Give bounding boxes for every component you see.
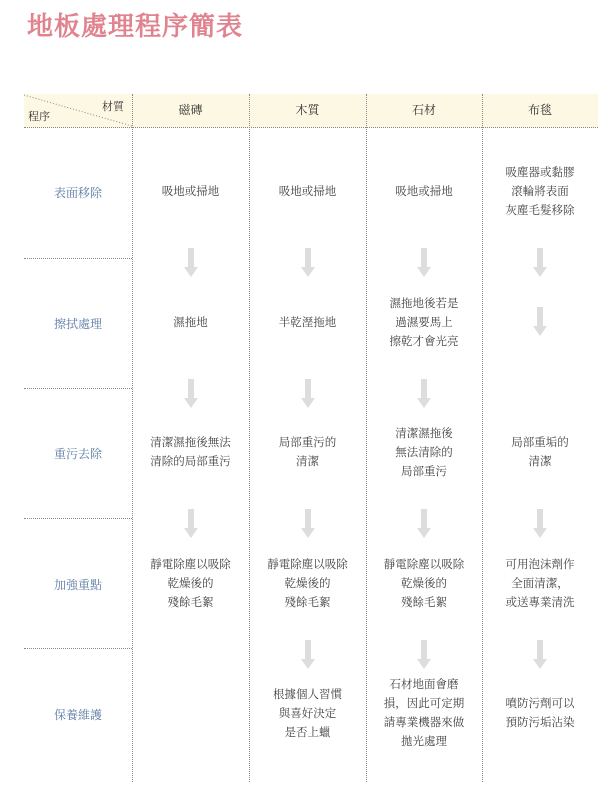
cell-tile-step-2: 濕拖地 bbox=[132, 313, 249, 332]
down-arrow-icon bbox=[417, 248, 431, 278]
process-axis-label: 程序 bbox=[28, 108, 50, 124]
row-divider bbox=[24, 388, 132, 389]
row-divider bbox=[24, 518, 132, 519]
cell-tile-step-1: 吸地或掃地 bbox=[132, 182, 249, 201]
down-arrow-icon bbox=[301, 509, 315, 539]
table-header: 材質 程序 磁磚 木質 石材 布毯 bbox=[24, 94, 598, 128]
down-arrow-icon bbox=[184, 509, 198, 539]
cell-wood-step-5: 根據個人習慣 與喜好決定 是否上蠟 bbox=[249, 685, 366, 742]
step-wiping: 擦拭處理 bbox=[24, 315, 132, 332]
cell-wood-step-4: 靜電除塵以吸除 乾燥後的 殘餘毛絮 bbox=[249, 555, 366, 612]
cell-tile-step-4: 靜電除塵以吸除 乾燥後的 殘餘毛絮 bbox=[132, 555, 249, 612]
down-arrow-icon bbox=[184, 379, 198, 409]
step-surface-removal: 表面移除 bbox=[24, 184, 132, 201]
header-stone: 石材 bbox=[366, 94, 482, 127]
cell-stone-step-4: 靜電除塵以吸除 乾燥後的 殘餘毛絮 bbox=[366, 555, 482, 612]
page-title: 地板處理程序簡表 bbox=[27, 6, 243, 43]
down-arrow-icon bbox=[533, 509, 547, 539]
down-arrow-icon bbox=[533, 640, 547, 670]
cell-wood-step-2: 半乾溼拖地 bbox=[249, 313, 366, 332]
down-arrow-icon bbox=[417, 379, 431, 409]
material-axis-label: 材質 bbox=[102, 98, 124, 114]
down-arrow-icon bbox=[417, 640, 431, 670]
header-wood: 木質 bbox=[249, 94, 366, 127]
cell-carpet-step-3: 局部重垢的 清潔 bbox=[482, 433, 598, 471]
down-arrow-icon bbox=[184, 248, 198, 278]
down-arrow-icon bbox=[533, 307, 547, 337]
down-arrow-icon bbox=[417, 509, 431, 539]
down-arrow-icon bbox=[301, 248, 315, 278]
cell-wood-step-3: 局部重污的 清潔 bbox=[249, 433, 366, 471]
cell-carpet-step-4: 可用泡沫劑作 全面清潔， 或送專業清洗 bbox=[482, 555, 598, 612]
cell-stone-step-3: 清潔濕拖後 無法清除的 局部重污 bbox=[366, 424, 482, 481]
header-carpet: 布毯 bbox=[482, 94, 598, 127]
step-heavy-stain-removal: 重污去除 bbox=[24, 445, 132, 462]
cell-carpet-step-1: 吸塵器或黏膠 滾輪將表面 灰塵毛髮移除 bbox=[482, 163, 598, 220]
cell-stone-step-5: 石材地面會磨 損，因此可定期 請專業機器來做 拋光處理 bbox=[366, 675, 482, 751]
step-maintenance: 保養維護 bbox=[24, 706, 132, 723]
cell-stone-step-1: 吸地或掃地 bbox=[366, 182, 482, 201]
header-tile: 磁磚 bbox=[132, 94, 249, 127]
header-corner: 材質 程序 bbox=[24, 94, 132, 127]
cell-carpet-step-5: 噴防污劑可以 預防污垢沾染 bbox=[482, 694, 598, 732]
cell-tile-step-3: 清潔濕拖後無法 清除的局部重污 bbox=[132, 433, 249, 471]
row-divider bbox=[24, 258, 132, 259]
row-divider bbox=[24, 648, 132, 649]
down-arrow-icon bbox=[301, 640, 315, 670]
cell-wood-step-1: 吸地或掃地 bbox=[249, 182, 366, 201]
down-arrow-icon bbox=[533, 248, 547, 278]
step-reinforcement: 加強重點 bbox=[24, 576, 132, 593]
cell-stone-step-2: 濕拖地後若是 過濕要馬上 擦乾才會光亮 bbox=[366, 294, 482, 351]
down-arrow-icon bbox=[301, 379, 315, 409]
